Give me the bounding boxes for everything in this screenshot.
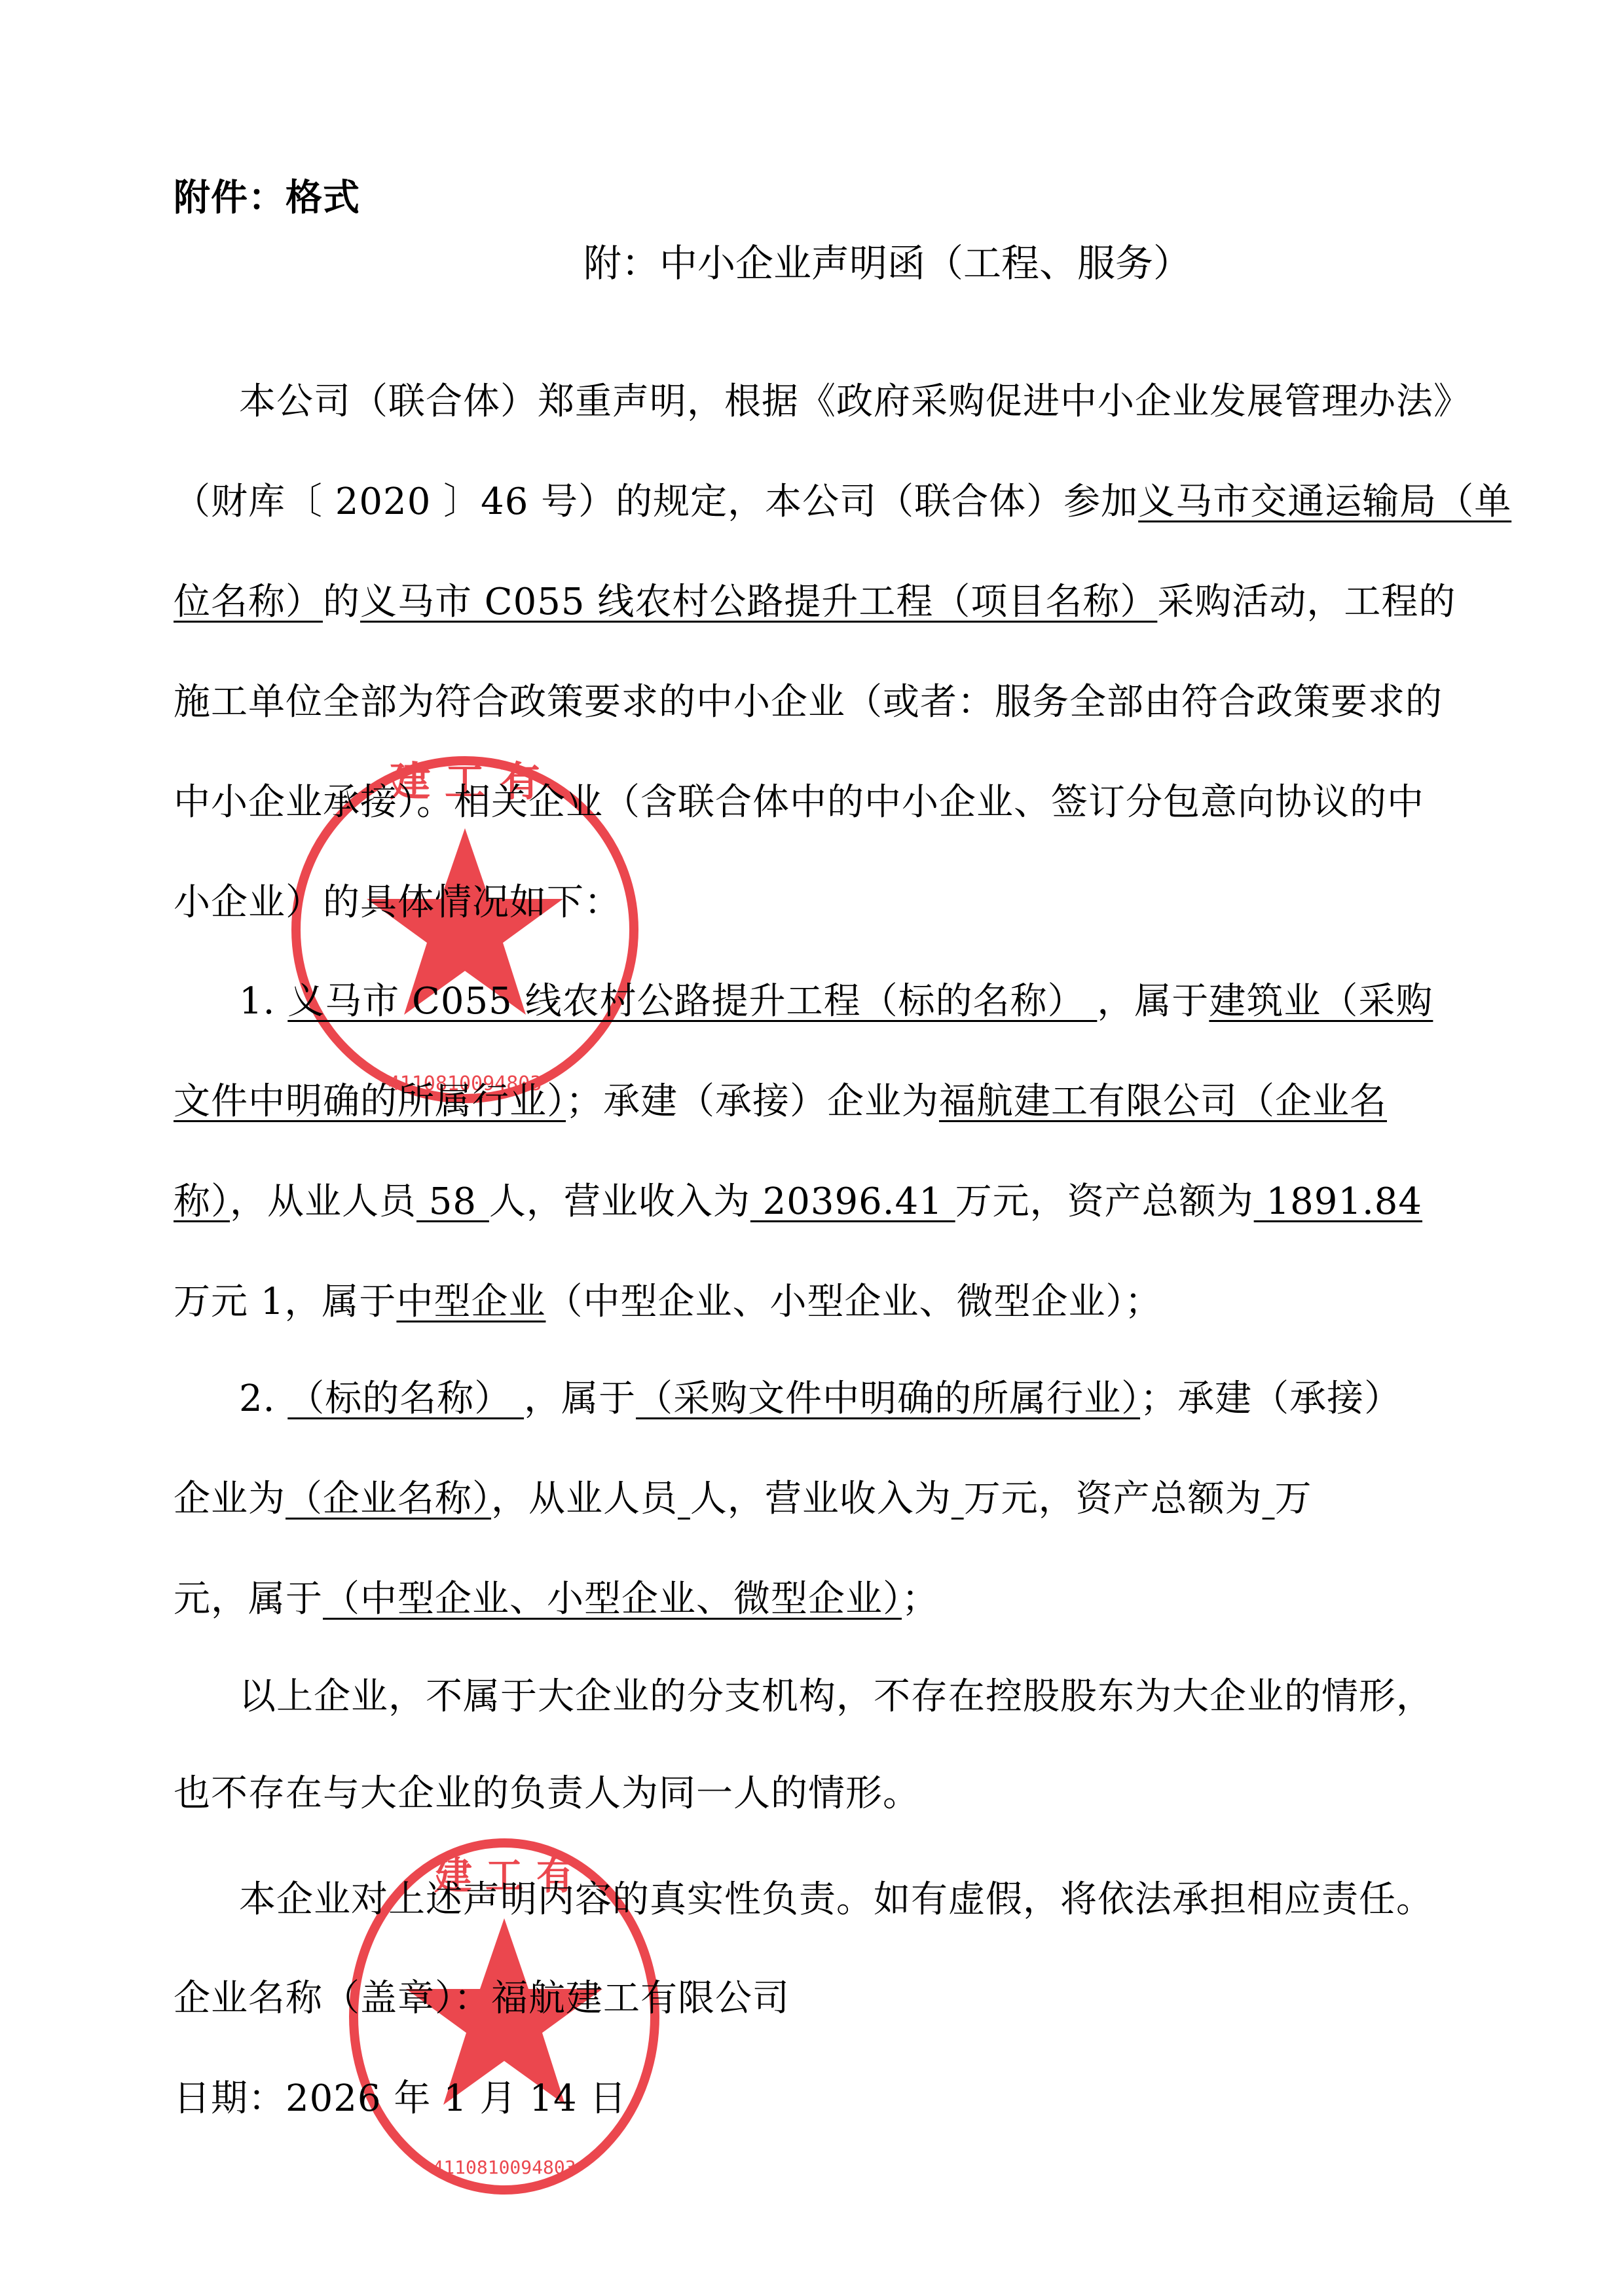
purchaser-name: 义马市交通运输局（单	[1138, 481, 1511, 523]
signature-date: 2026 年 1 月 14 日	[286, 2077, 627, 2120]
total-assets: 1891.84	[1254, 1180, 1422, 1223]
svg-text:4110810094803: 4110810094803	[432, 2157, 576, 2178]
intro-line: 中小企业承接）。相关企业（含联合体中的中小企业、签订分包意向协议的中	[174, 782, 1424, 824]
intro-line: （财库〔 2020 〕46 号）的规定，本公司（联合体）参加义马市交通运输局（单	[174, 481, 1511, 523]
project-name: 义马市 C055 线农村公路提升工程（项目名称）	[360, 581, 1157, 623]
company-name: 福航建工有限公司（企业名	[939, 1080, 1387, 1123]
intro-line: 小企业）的具体情况如下：	[174, 882, 621, 924]
page-title: 附：中小企业声明函（工程、服务）	[0, 242, 1624, 284]
staff-count: 58	[416, 1180, 489, 1223]
intro-line: 施工单位全部为符合政策要求的中小企业（或者：服务全部由符合政策要求的	[174, 682, 1443, 723]
enterprise-size: 中型企业	[396, 1281, 545, 1323]
intro-line: 位名称）的义马市 C055 线农村公路提升工程（项目名称）采购活动，工程的	[174, 581, 1456, 623]
signature-company: 福航建工有限公司	[491, 1977, 790, 2020]
revenue: 20396.41	[750, 1180, 955, 1223]
intro-line: 本公司（联合体）郑重声明，根据《政府采购促进中小企业发展管理办法》	[239, 381, 1471, 423]
attachment-label: 附件：格式	[174, 177, 360, 219]
